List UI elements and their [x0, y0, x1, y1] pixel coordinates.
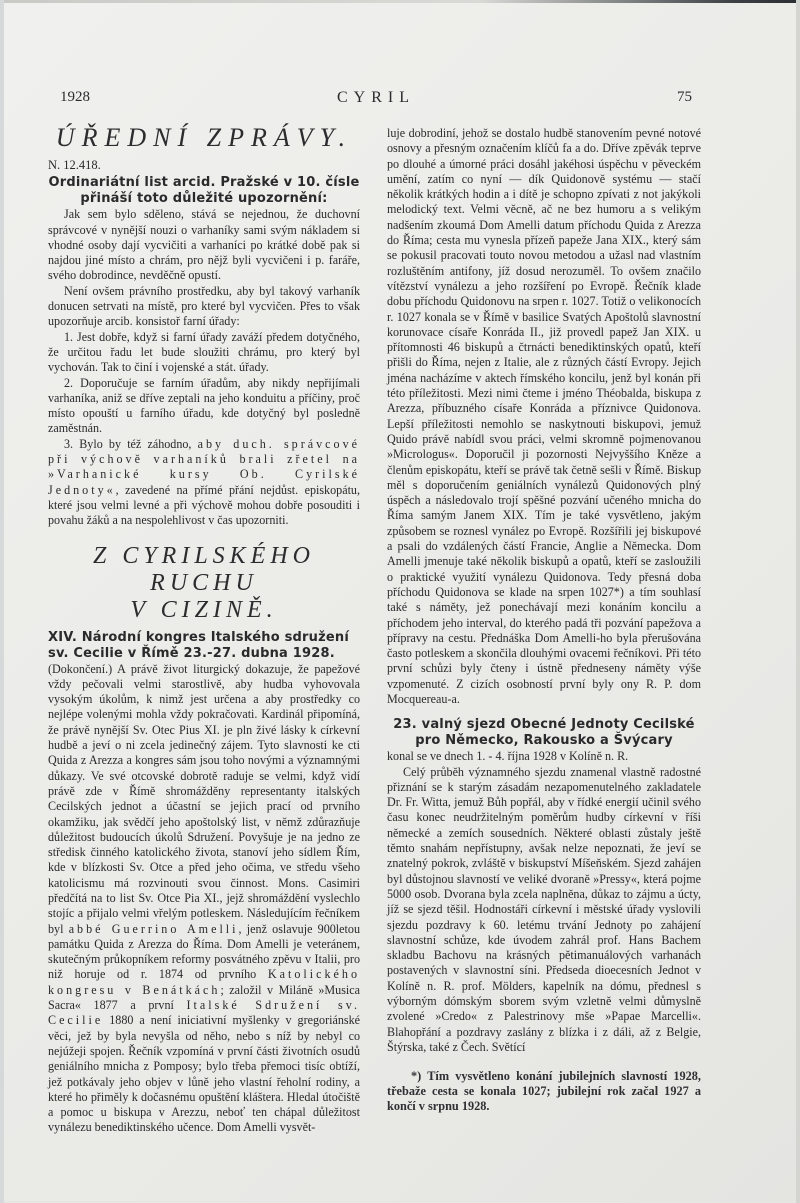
text-run: 3. Bylo by též záhodno,	[64, 437, 198, 451]
congress-heading: XIV. Národní kongres Italského sdružení …	[48, 630, 360, 662]
spaced-emphasis: abbé Guerrino Amelli	[69, 922, 239, 936]
page-number: 75	[677, 89, 692, 106]
paragraph: Celý průběh významného sjezdu znamenal v…	[387, 765, 701, 1056]
journal-title: CYRIL	[60, 89, 692, 107]
paragraph: Jak sem bylo sděleno, stává se nejednou,…	[48, 207, 360, 283]
footnote-text: *) Tím vysvětleno konání jubilejních sla…	[387, 1069, 701, 1114]
meeting-section: 23. valný sjezd Obecné Jednoty Cecilské …	[387, 717, 701, 1055]
section-title-line: Z CYRILSKÉHO RUCHU	[48, 543, 360, 597]
left-column: ÚŘEDNÍ ZPRÁVY. N. 12.418. Ordinariátní l…	[48, 124, 360, 1136]
running-header: 1928 CYRIL 75	[60, 89, 692, 109]
paragraph: 1. Jest dobře, když si farní úřady zaváž…	[48, 330, 360, 376]
paragraph: (Dokončení.) A právě život liturgický do…	[48, 662, 360, 1136]
ordinariate-heading: Ordinariátní list arcid. Pražské v 10. č…	[48, 175, 360, 207]
footnote: *) Tím vysvětleno konání jubilejních sla…	[387, 1069, 701, 1114]
document-number: N. 12.418.	[48, 158, 360, 173]
scan-right-edge	[796, 0, 800, 1203]
meeting-subline: konal se ve dnech 1. - 4. října 1928 v K…	[387, 749, 701, 764]
paragraph: 3. Bylo by též záhodno, aby duch. správc…	[48, 437, 360, 529]
meeting-heading: 23. valný sjezd Obecné Jednoty Cecilské …	[387, 717, 701, 749]
text-run: 1880 a není iniciativní myšlenky v grego…	[48, 1013, 360, 1134]
section-title-line: V CIZINĚ.	[48, 597, 360, 624]
paragraph: 2. Doporučuje se farním úřadům, aby nikd…	[48, 376, 360, 437]
paragraph: luje dobrodiní, jehož se dostalo hudbě s…	[387, 126, 701, 707]
section-title-cyrillic-movement: Z CYRILSKÉHO RUCHU V CIZINĚ.	[48, 543, 360, 624]
section-title-official-news: ÚŘEDNÍ ZPRÁVY.	[48, 124, 360, 152]
right-column: luje dobrodiní, jehož se dostalo hudbě s…	[387, 126, 701, 1114]
paragraph: Není ovšem právního prostředku, aby byl …	[48, 284, 360, 330]
text-run: (Dokončení.) A právě život liturgický do…	[48, 662, 360, 936]
